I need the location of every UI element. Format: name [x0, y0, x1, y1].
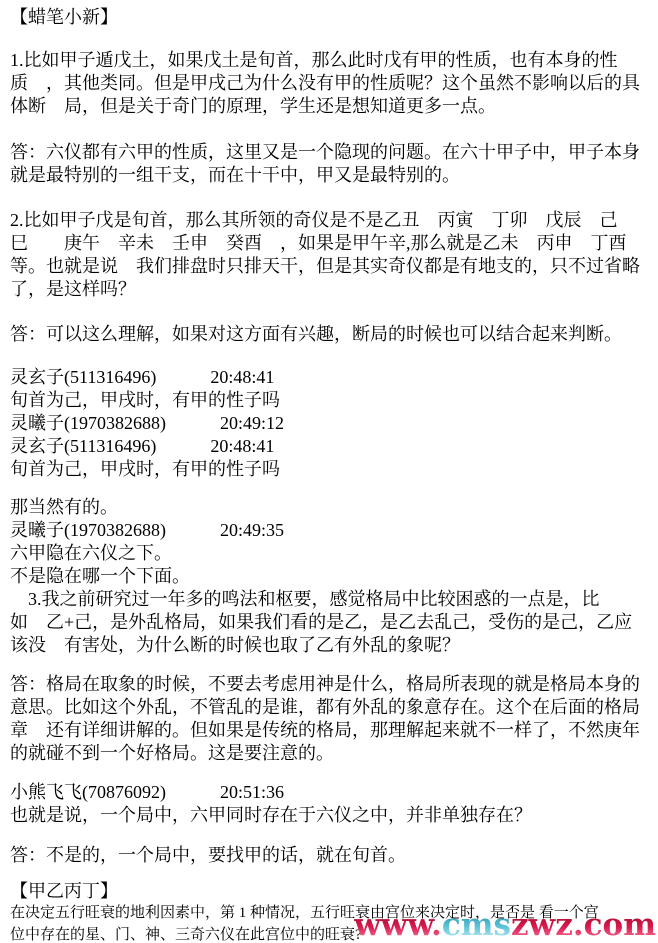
text-line: 答：格局在取象的时候，不要去考虑用神是什么，格局所表现的就是格局本身的 — [10, 673, 650, 696]
answer-2-paragraph: 答：可以这么理解，如果对这方面有兴趣，断局的时候也可以结合起来判断。 — [10, 323, 650, 346]
document-page: 【蜡笔小新】 1.比如甲子遁戊土，如果戊土是旬首，那么此时戊有甲的性质，也有本身… — [0, 0, 658, 943]
text-line: 如 乙+己，是外乱格局，如果我们看的是乙，是乙去乱己，受伤的是己，乙应 — [10, 611, 650, 634]
watermark-segment: cms — [442, 907, 511, 943]
watermark-url: www.cmszwz.com — [354, 908, 656, 942]
watermark-segment: zwz.com — [511, 907, 656, 943]
section1-title: 【蜡笔小新】 — [10, 6, 650, 29]
answer-1-paragraph: 答：六仪都有六甲的性质，这里又是一个隐现的问题。在六十甲子中，甲子本身 就是最特… — [10, 141, 650, 187]
text-line: 答：六仪都有六甲的性质，这里又是一个隐现的问题。在六十甲子中，甲子本身 — [10, 141, 650, 164]
chat-log-2-and-question-3: 那当然有的。 灵曦子(1970382688) 20:49:35 六甲隐在六仪之下… — [10, 496, 650, 657]
chat-line: 不是隐在哪一个下面。 — [10, 565, 650, 588]
answer-4-paragraph: 答：不是的，一个局中，要找甲的话，就在旬首。 — [10, 844, 650, 867]
text-line: 该没 有害处，为什么断的时候也取了乙有外乱的象呢？ — [10, 634, 650, 657]
text-line: 2.比如甲子戊是旬首，那么其所领的奇仪是不是乙丑 丙寅 丁卯 戊辰 己 — [10, 209, 650, 232]
text-line: 意思。比如这个外乱，不管乱的是谁，都有外乱的象意存在。这个在后面的格局 — [10, 696, 650, 719]
text-line: 答：可以这么理解，如果对这方面有兴趣，断局的时候也可以结合起来判断。 — [10, 323, 650, 346]
chat-line: 那当然有的。 — [10, 496, 650, 519]
text-line: 1.比如甲子遁戊土，如果戊土是旬首，那么此时戊有甲的性质，也有本身的性 — [10, 49, 650, 72]
chat-line: 小熊飞飞(70876092) 20:51:36 — [10, 781, 650, 804]
text-line: 体断 局，但是关于奇门的原理，学生还是想知道更多一点。 — [10, 95, 650, 118]
chat-line: 灵玄子(511316496) 20:48:41 — [10, 366, 650, 389]
chat-line: 灵曦子(1970382688) 20:49:35 — [10, 519, 650, 542]
chat-line: 旬首为己，甲戌时，有甲的性子吗 — [10, 458, 650, 481]
chat-line: 灵曦子(1970382688) 20:49:12 — [10, 412, 650, 435]
chat-log-3: 小熊飞飞(70876092) 20:51:36 也就是说，一个局中，六甲同时存在… — [10, 781, 650, 827]
chat-line: 灵玄子(511316496) 20:48:41 — [10, 435, 650, 458]
text-line: 质 ，其他类同。但是甲戌己为什么没有甲的性质呢？这个虽然不影响以后的具 — [10, 72, 650, 95]
chat-line: 也就是说，一个局中，六甲同时存在于六仪之中，并非单独存在？ — [10, 804, 650, 827]
question-1-paragraph: 1.比如甲子遁戊土，如果戊土是旬首，那么此时戊有甲的性质，也有本身的性 质 ，其… — [10, 49, 650, 118]
watermark-segment: www. — [354, 907, 442, 943]
text-line: 巳 庚午 辛未 壬申 癸酉 ，如果是甲午辛,那么就是乙未 丙申 丁酉 — [10, 232, 650, 255]
answer-3-paragraph: 答：格局在取象的时候，不要去考虑用神是什么，格局所表现的就是格局本身的 意思。比… — [10, 673, 650, 765]
text-line: 等。也就是说 我们排盘时只排天干，但是其实奇仪都是有地支的，只不过省略 — [10, 255, 650, 278]
text-line: 的就碰不到一个好格局。这是要注意的。 — [10, 742, 650, 765]
chat-line: 六甲隐在六仪之下。 — [10, 542, 650, 565]
section2-title: 【甲乙丙丁】 — [10, 880, 650, 903]
text-line: 就是最特别的一组干支，而在十干中，甲又是最特别的。 — [10, 164, 650, 187]
chat-log-1: 灵玄子(511316496) 20:48:41 旬首为己，甲戌时，有甲的性子吗 … — [10, 366, 650, 481]
text-line: 章 还有详细讲解的。但如果是传统的格局，那理解起来就不一样了，不然庚年 — [10, 719, 650, 742]
text-line: 答：不是的，一个局中，要找甲的话，就在旬首。 — [10, 844, 650, 867]
text-line: 了，是这样吗？ — [10, 278, 650, 301]
question-2-paragraph: 2.比如甲子戊是旬首，那么其所领的奇仪是不是乙丑 丙寅 丁卯 戊辰 己 巳 庚午… — [10, 209, 650, 301]
text-line: 3.我之前研究过一年多的鸣法和枢要，感觉格局中比较困惑的一点是，比 — [10, 588, 650, 611]
chat-line: 旬首为己，甲戌时，有甲的性子吗 — [10, 389, 650, 412]
